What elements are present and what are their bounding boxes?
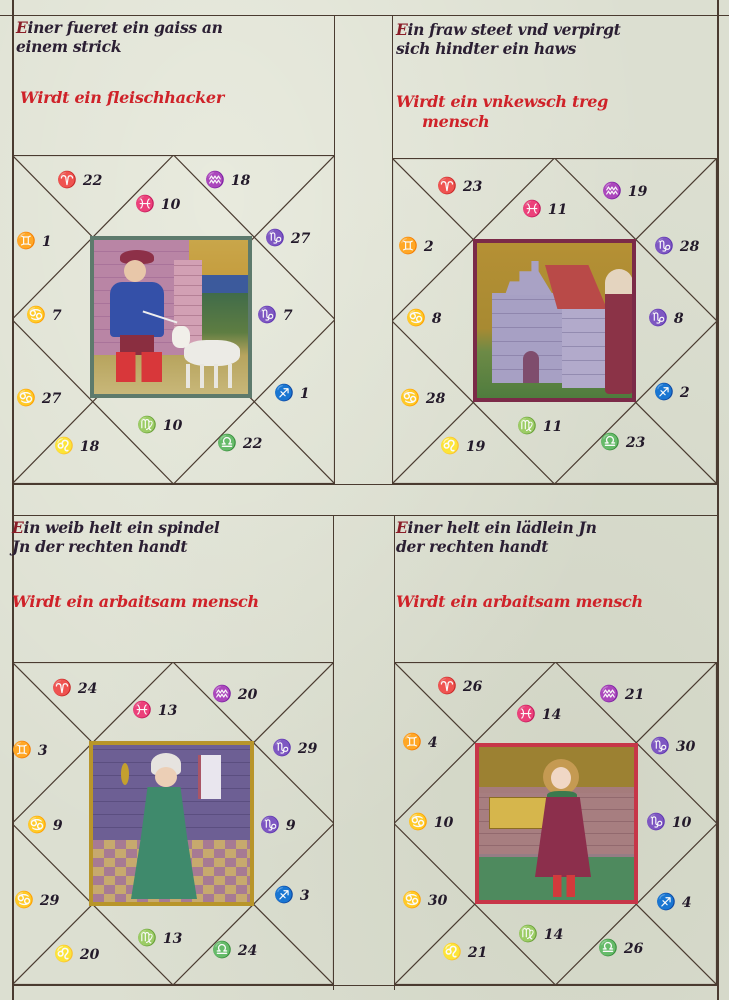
gemini-icon: ♊ <box>12 740 32 759</box>
ruling-line <box>12 985 718 986</box>
degree: 9 <box>286 818 296 834</box>
drop-initial: E <box>12 518 24 537</box>
horoscope-chart: ♈26 ♓14 ♒21 ♑30 ♑10 ♐4 ♎26 ♍14 ♌21 ♋30 ♋… <box>394 662 717 985</box>
degree: 19 <box>628 184 647 200</box>
cancer-icon: ♋ <box>406 308 426 327</box>
house-label: ♓13 <box>132 702 177 719</box>
horoscope-chart: ♈22 ♓10 ♒18 ♑27 ♑7 ♐1 ♎22 ♍10 ♌18 ♋27 ♋7… <box>12 155 335 484</box>
house-label: ♋29 <box>14 892 59 909</box>
degree: 13 <box>158 703 177 719</box>
capricorn-icon: ♑ <box>646 812 666 831</box>
goat-legs <box>186 364 238 388</box>
degree: 22 <box>83 173 102 189</box>
house-label: ♐2 <box>654 384 690 401</box>
virgo-icon: ♍ <box>137 415 157 434</box>
heading-line-1: in weib helt ein spindel <box>24 518 220 537</box>
libra-icon: ♎ <box>212 940 232 959</box>
degree: 26 <box>463 679 482 695</box>
ruling-line <box>12 484 718 485</box>
heading-line-1: iner helt ein lädlein Jn <box>408 518 597 537</box>
degree: 4 <box>428 735 438 751</box>
degree: 22 <box>243 436 262 452</box>
miniature-painting <box>475 743 638 904</box>
aquarius-icon: ♒ <box>212 684 232 703</box>
degree: 24 <box>238 943 257 959</box>
house-label: ♎22 <box>217 435 262 452</box>
house-label: ♎23 <box>600 434 645 451</box>
heading-line-2: der rechten handt <box>396 537 548 556</box>
libra-icon: ♎ <box>217 433 237 452</box>
house-label: ♍13 <box>137 930 182 947</box>
door <box>523 351 539 383</box>
house-label: ♈22 <box>57 172 102 189</box>
house-label: ♑28 <box>654 238 699 255</box>
cancer-icon: ♋ <box>27 815 47 834</box>
blue-sky <box>202 275 252 293</box>
heading-line-2: sich hindter ein haws <box>396 39 576 58</box>
golden-chest <box>489 797 547 829</box>
house-label: ♑30 <box>650 738 695 755</box>
miniature-painting <box>473 239 636 402</box>
ruling-line <box>0 15 729 16</box>
leo-icon: ♌ <box>440 436 460 455</box>
capricorn-icon: ♑ <box>648 308 668 327</box>
horoscope-chart: ♈24 ♓13 ♒20 ♑29 ♑9 ♐3 ♎24 ♍13 ♌20 ♋29 ♋9… <box>12 662 334 985</box>
sagittarius-icon: ♐ <box>274 885 294 904</box>
prognosis-line-1: Wirdt ein arbaitsam mensch <box>396 592 643 611</box>
house-label: ♋8 <box>406 310 442 327</box>
panel-heading: Einer fueret ein gaiss an einem strick <box>16 18 223 56</box>
drop-initial: E <box>396 518 408 537</box>
degree: 2 <box>424 239 434 255</box>
house-label: ♈23 <box>437 178 482 195</box>
virgo-icon: ♍ <box>517 416 537 435</box>
gemini-icon: ♊ <box>402 732 422 751</box>
degree: 3 <box>38 743 48 759</box>
leo-icon: ♌ <box>442 942 462 961</box>
panel-heading: Ein weib helt ein spindel Jn der rechten… <box>12 518 220 556</box>
degree: 2 <box>680 385 690 401</box>
house-label: ♋7 <box>26 307 62 324</box>
sagittarius-icon: ♐ <box>654 382 674 401</box>
capricorn-icon: ♑ <box>260 815 280 834</box>
degree: 23 <box>463 179 482 195</box>
horoscope-chart: ♈23 ♓11 ♒19 ♑28 ♑8 ♐2 ♎23 ♍11 ♌19 ♋28 ♋8… <box>392 158 717 484</box>
house-label: ♋30 <box>402 892 447 909</box>
degree: 3 <box>300 888 310 904</box>
virgo-icon: ♍ <box>518 924 538 943</box>
house-label: ♍14 <box>518 926 563 943</box>
ruling-line <box>12 515 718 516</box>
house-label: ♊3 <box>12 742 48 759</box>
house-label: ♌20 <box>54 946 99 963</box>
house-label: ♈24 <box>52 680 97 697</box>
capricorn-icon: ♑ <box>650 736 670 755</box>
degree: 21 <box>468 945 487 961</box>
pisces-icon: ♓ <box>132 700 152 719</box>
house-label: ♒20 <box>212 686 257 703</box>
degree: 11 <box>548 202 567 218</box>
gemini-icon: ♊ <box>16 231 36 250</box>
goat-body <box>184 340 240 366</box>
degree: 27 <box>291 231 310 247</box>
panel-heading: Einer helt ein lädlein Jn der rechten ha… <box>396 518 597 556</box>
degree: 20 <box>80 947 99 963</box>
degree: 18 <box>231 173 250 189</box>
leo-icon: ♌ <box>54 944 74 963</box>
degree: 4 <box>682 895 692 911</box>
manuscript-page: Einer fueret ein gaiss an einem strick W… <box>0 0 729 1000</box>
aquarius-icon: ♒ <box>205 170 225 189</box>
youth-legs <box>553 875 575 897</box>
degree: 27 <box>42 391 61 407</box>
degree: 23 <box>626 435 645 451</box>
degree: 19 <box>466 439 485 455</box>
house-label: ♌21 <box>442 944 487 961</box>
degree: 30 <box>428 893 447 909</box>
house-label: ♐4 <box>656 894 692 911</box>
house-label: ♈26 <box>437 678 482 695</box>
house-label: ♍11 <box>517 418 562 435</box>
heading-line-2: Jn der rechten handt <box>12 537 187 556</box>
cancer-icon: ♋ <box>408 812 428 831</box>
degree: 10 <box>434 815 453 831</box>
capricorn-icon: ♑ <box>265 228 285 247</box>
house-label: ♊2 <box>398 238 434 255</box>
prognosis-line-1: Wirdt ein vnkewsch treg <box>396 92 608 111</box>
aries-icon: ♈ <box>437 676 457 695</box>
cancer-icon: ♋ <box>16 388 36 407</box>
degree: 28 <box>426 391 445 407</box>
prognosis-line-1: Wirdt ein arbaitsam mensch <box>12 592 259 611</box>
sagittarius-icon: ♐ <box>274 383 294 402</box>
house-label: ♑27 <box>265 230 310 247</box>
capricorn-icon: ♑ <box>257 305 277 324</box>
libra-icon: ♎ <box>598 938 618 957</box>
degree: 26 <box>624 941 643 957</box>
youth-face <box>551 767 571 789</box>
heading-line-1: in fraw steet vnd verpirgt <box>408 20 621 39</box>
degree: 10 <box>672 815 691 831</box>
degree: 11 <box>543 419 562 435</box>
heading-line-1: iner fueret ein gaiss an <box>28 18 223 37</box>
pisces-icon: ♓ <box>135 194 155 213</box>
house-label: ♓14 <box>516 706 561 723</box>
pisces-icon: ♓ <box>516 704 536 723</box>
degree: 20 <box>238 687 257 703</box>
house-label: ♐3 <box>274 887 310 904</box>
person-figure <box>605 269 633 394</box>
cancer-icon: ♋ <box>14 890 34 909</box>
house-label: ♎24 <box>212 942 257 959</box>
virgo-icon: ♍ <box>137 928 157 947</box>
panel-prognosis: Wirdt ein vnkewsch treg mensch <box>396 92 608 132</box>
degree: 21 <box>625 687 644 703</box>
degree: 28 <box>680 239 699 255</box>
house-label: ♋9 <box>27 817 63 834</box>
man-tunic <box>110 282 164 337</box>
degree: 29 <box>298 741 317 757</box>
aquarius-icon: ♒ <box>599 684 619 703</box>
panel-prognosis: Wirdt ein arbaitsam mensch <box>396 592 643 612</box>
prognosis-line-2: mensch <box>396 112 489 131</box>
house-label: ♑10 <box>646 814 691 831</box>
cancer-icon: ♋ <box>402 890 422 909</box>
house-label: ♍10 <box>137 417 182 434</box>
aries-icon: ♈ <box>437 176 457 195</box>
aquarius-icon: ♒ <box>602 181 622 200</box>
house-label: ♒18 <box>205 172 250 189</box>
house-label: ♎26 <box>598 940 643 957</box>
house-label: ♓11 <box>522 201 567 218</box>
house-label: ♓10 <box>135 196 180 213</box>
degree: 7 <box>283 308 293 324</box>
sagittarius-icon: ♐ <box>656 892 676 911</box>
degree: 8 <box>674 311 684 327</box>
cancer-icon: ♋ <box>26 305 46 324</box>
pisces-icon: ♓ <box>522 199 542 218</box>
degree: 7 <box>52 308 62 324</box>
house-label: ♑8 <box>648 310 684 327</box>
house-label: ♑7 <box>257 307 293 324</box>
heading-line-2: einem strick <box>16 37 121 56</box>
degree: 8 <box>432 311 442 327</box>
house-label: ♌19 <box>440 438 485 455</box>
degree: 14 <box>542 707 561 723</box>
degree: 30 <box>676 739 695 755</box>
house-label: ♋27 <box>16 390 61 407</box>
miniature-painting <box>89 741 254 906</box>
house-label: ♒21 <box>599 686 644 703</box>
degree: 10 <box>163 418 182 434</box>
degree: 1 <box>42 234 52 250</box>
house-label: ♒19 <box>602 183 647 200</box>
capricorn-icon: ♑ <box>272 738 292 757</box>
degree: 24 <box>78 681 97 697</box>
degree: 18 <box>80 439 99 455</box>
window <box>198 755 221 799</box>
miniature-painting <box>90 236 252 398</box>
degree: 14 <box>544 927 563 943</box>
drop-initial: E <box>16 18 28 37</box>
prognosis-line-1: Wirdt ein fleischhacker <box>20 88 224 107</box>
gemini-icon: ♊ <box>398 236 418 255</box>
degree: 29 <box>40 893 59 909</box>
house-label: ♊1 <box>16 233 52 250</box>
man-face <box>124 260 146 282</box>
house-label: ♊4 <box>402 734 438 751</box>
house-label: ♋28 <box>400 390 445 407</box>
degree: 10 <box>161 197 180 213</box>
goat-head <box>172 326 190 348</box>
house-label: ♑9 <box>260 817 296 834</box>
house-label: ♑29 <box>272 740 317 757</box>
house-label: ♋10 <box>408 814 453 831</box>
house-label: ♐1 <box>274 385 310 402</box>
woman-face <box>155 767 177 787</box>
spindle <box>121 763 129 785</box>
aries-icon: ♈ <box>52 678 72 697</box>
capricorn-icon: ♑ <box>654 236 674 255</box>
leo-icon: ♌ <box>54 436 74 455</box>
panel-heading: Ein fraw steet vnd verpirgt sich hindter… <box>396 20 621 58</box>
house-label: ♌18 <box>54 438 99 455</box>
drop-initial: E <box>396 20 408 39</box>
ruling-line <box>717 0 719 1000</box>
libra-icon: ♎ <box>600 432 620 451</box>
cancer-icon: ♋ <box>400 388 420 407</box>
panel-prognosis: Wirdt ein fleischhacker <box>20 88 224 108</box>
panel-prognosis: Wirdt ein arbaitsam mensch <box>12 592 259 612</box>
degree: 1 <box>300 386 310 402</box>
degree: 9 <box>53 818 63 834</box>
man-boots <box>116 352 162 382</box>
degree: 13 <box>163 931 182 947</box>
aries-icon: ♈ <box>57 170 77 189</box>
